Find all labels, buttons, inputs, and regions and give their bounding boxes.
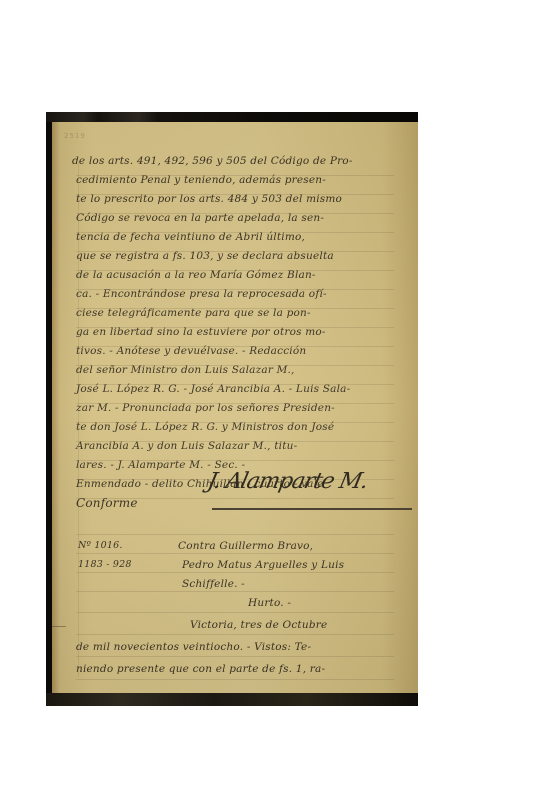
text-line: que se registra a fs. 103, y se declara … — [76, 249, 334, 263]
text-line: ga en libertad sino la estuviere por otr… — [76, 325, 326, 339]
parties-line: Pedro Matus Arguelles y Luis — [182, 558, 344, 572]
ruled-line — [76, 656, 394, 657]
text-line: tencia de fecha veintiuno de Abril últim… — [76, 230, 305, 244]
text-line: Arancibia A. y don Luis Salazar M., titu… — [76, 439, 297, 453]
text-line: te lo prescrito por los arts. 484 y 503 … — [76, 192, 342, 206]
ruled-line — [76, 553, 394, 554]
text-line: tivos. - Anótese y devuélvase. - Redacci… — [76, 344, 306, 358]
case-heading: Hurto. - — [248, 596, 291, 610]
case-number: Nº 1016. — [78, 539, 123, 553]
ruled-line — [76, 612, 394, 613]
ruled-line — [76, 591, 394, 592]
ruled-line — [76, 572, 394, 573]
text-line: te don José L. López R. G. y Ministros d… — [76, 420, 334, 434]
body-line: Victoria, tres de Octubre — [190, 618, 327, 632]
ruled-line — [76, 634, 394, 635]
text-line: ciese telegráficamente para que se la po… — [76, 306, 311, 320]
closing-word: Conforme — [76, 496, 138, 510]
signature-underline — [212, 508, 412, 510]
margin-dash — [52, 626, 66, 627]
signature: J. Alamparte M. — [205, 469, 369, 494]
case-reference: 1183 - 928 — [78, 558, 132, 572]
text-line: de la acusación a la reo María Gómez Bla… — [76, 268, 316, 282]
corner-pencil-note: 2519 — [64, 132, 86, 140]
ruled-line — [76, 534, 394, 535]
text-line: de los arts. 491, 492, 596 y 505 del Cód… — [72, 154, 353, 168]
text-line: zar M. - Pronunciada por los señores Pre… — [76, 401, 335, 415]
body-line: niendo presente que con el parte de fs. … — [76, 662, 325, 676]
text-line: cedimiento Penal y teniendo, además pres… — [76, 173, 326, 187]
parties-line: Schiffelle. - — [182, 577, 245, 591]
ruled-line — [76, 679, 394, 680]
register-page: 2519 de los arts. 491, 492, 596 y 505 de… — [52, 122, 418, 693]
text-line: Código se revoca en la parte apelada, la… — [76, 211, 324, 225]
photo-top-border — [46, 112, 418, 122]
text-line: José L. López R. G. - José Arancibia A. … — [76, 382, 350, 396]
photo-bottom-border — [46, 693, 418, 706]
text-line: ca. - Encontrándose presa la reprocesada… — [76, 287, 327, 301]
parties-line: Contra Guillermo Bravo, — [178, 539, 313, 553]
document-photograph: 2519 de los arts. 491, 492, 596 y 505 de… — [46, 112, 418, 706]
text-line: del señor Ministro don Luis Salazar M., — [76, 363, 295, 377]
body-line: de mil novecientos veintiocho. - Vistos:… — [76, 640, 311, 654]
